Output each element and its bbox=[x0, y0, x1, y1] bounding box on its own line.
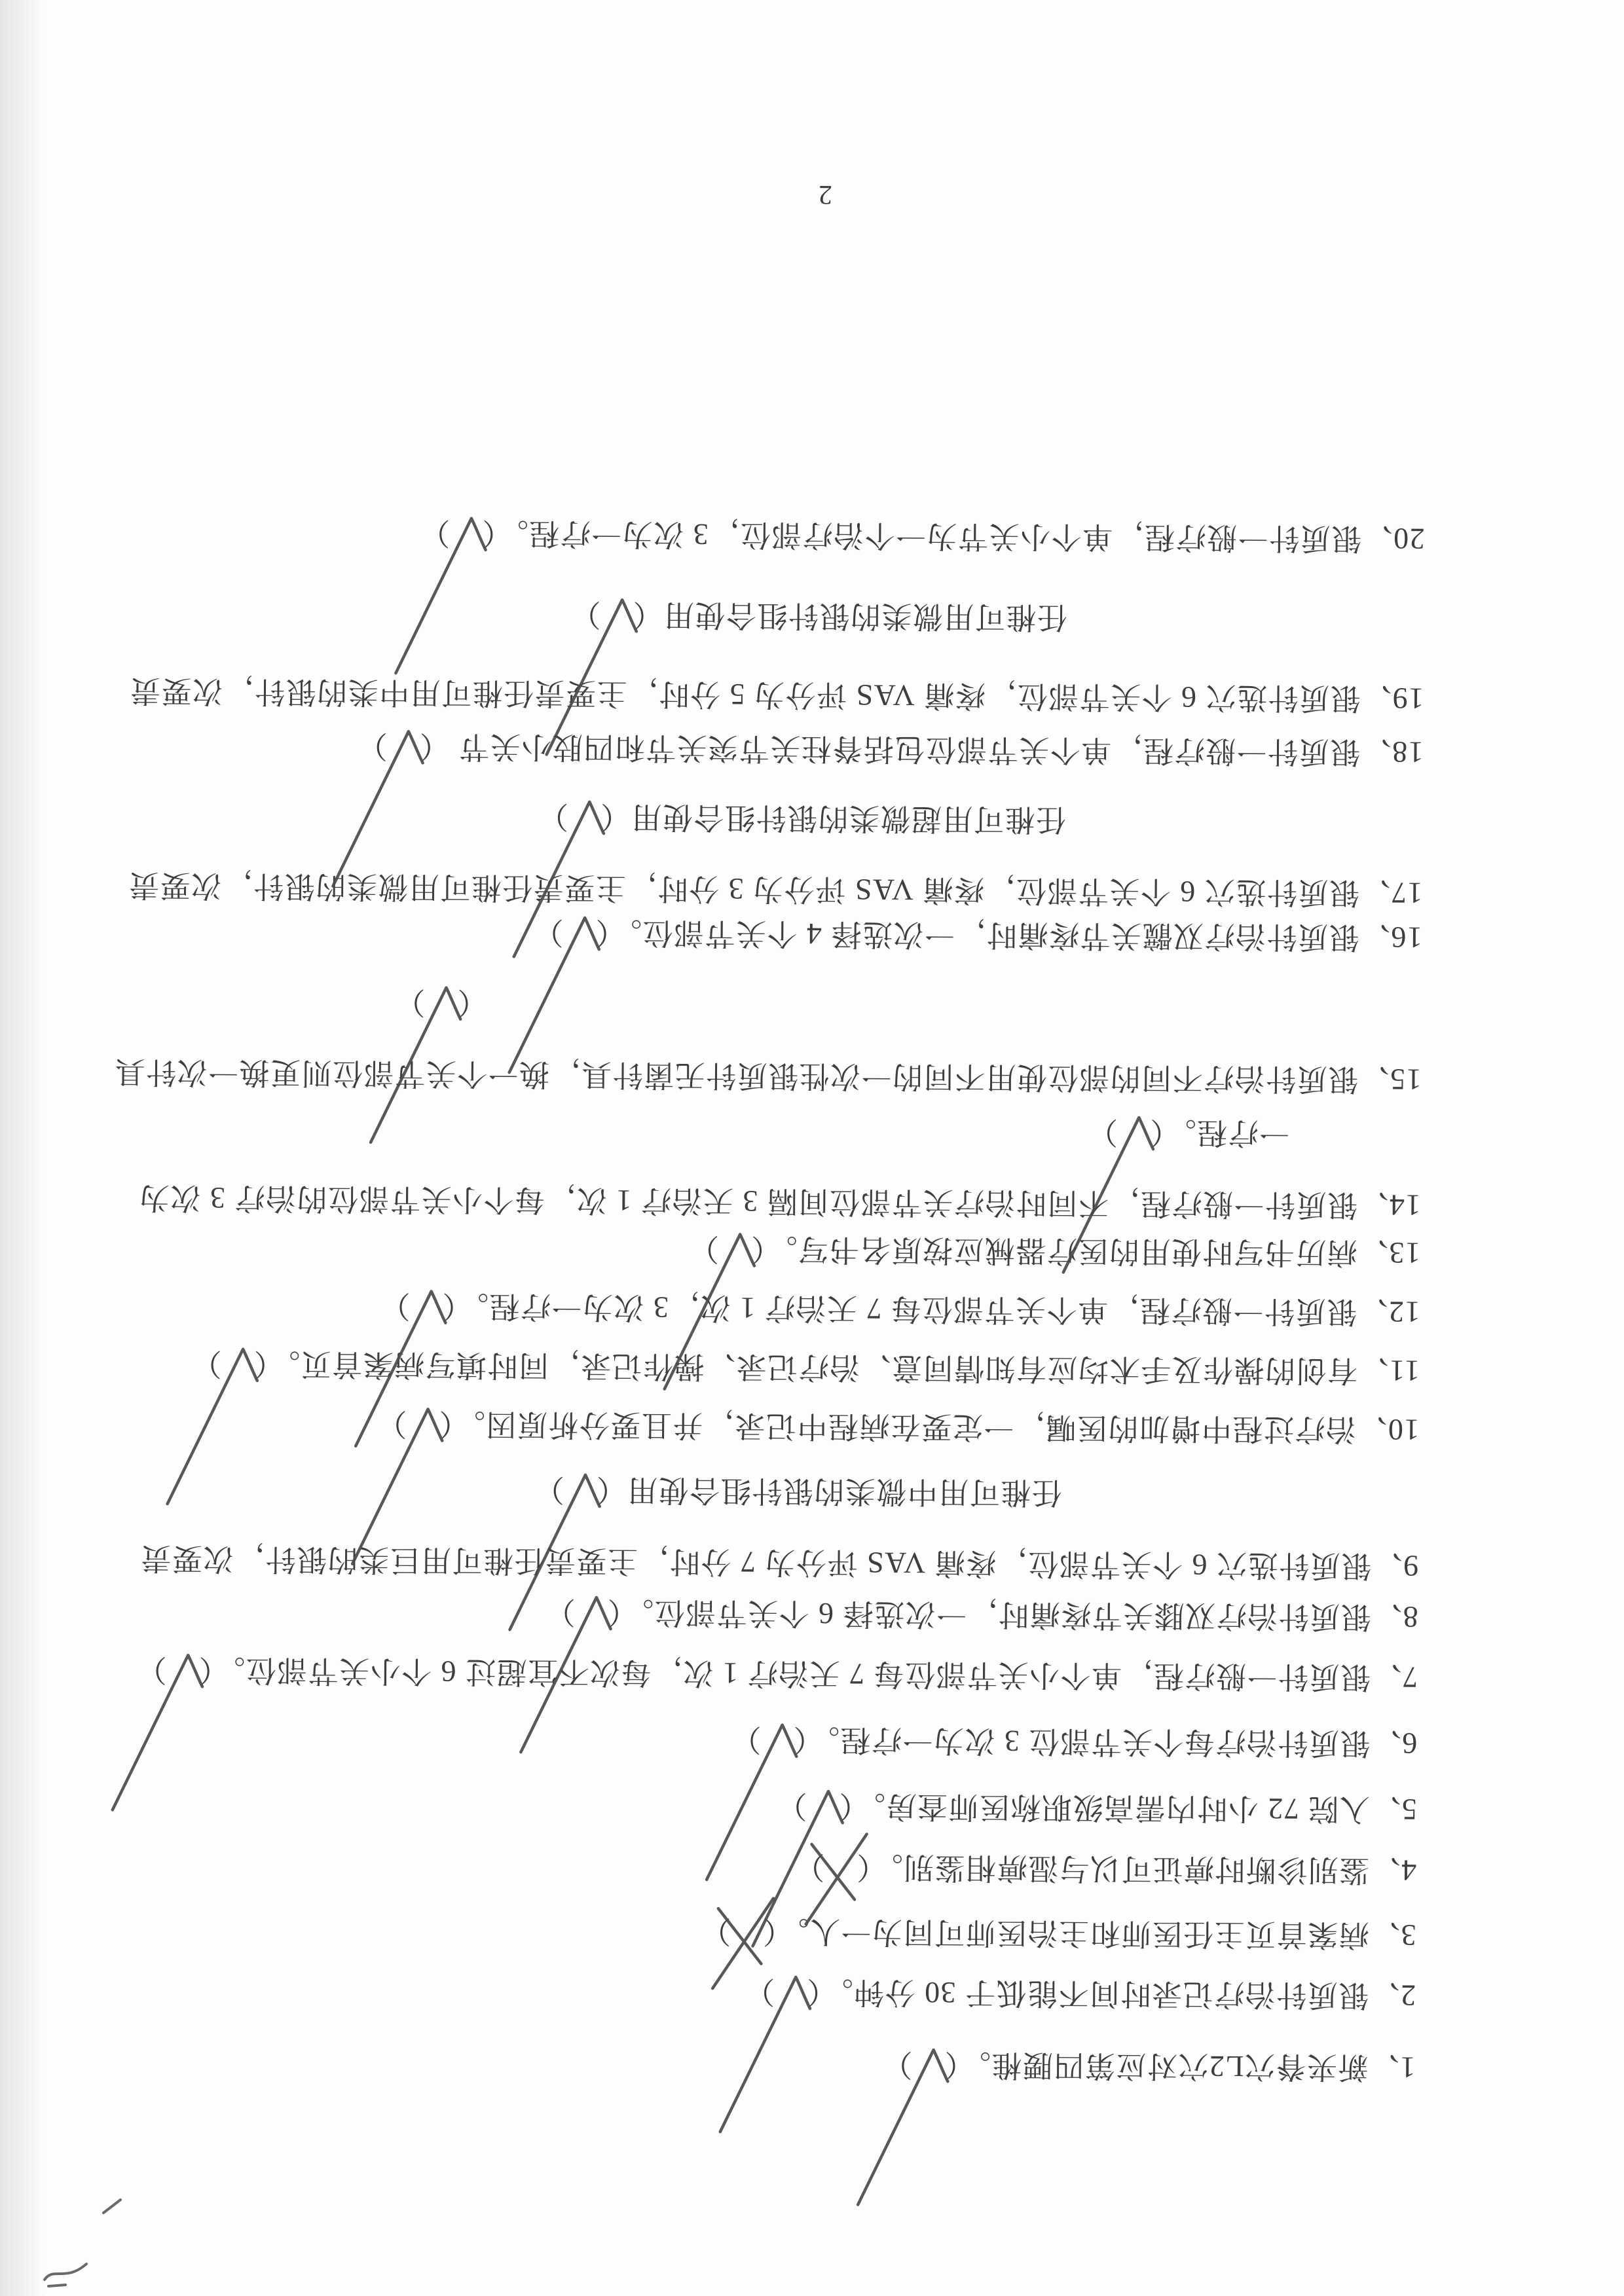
question-text-2: 2、银质针治疗记录时间不能低于 30 分钟。（ ） bbox=[743, 1975, 1416, 2012]
question-line-8: 8、银质针治疗双膝关节疼痛时，一次选择 6 个关节部位。（ ） bbox=[543, 1589, 1418, 1650]
question-line-2: 2、银质针治疗记录时间不能低于 30 分钟。（ ） bbox=[742, 1968, 1416, 2028]
answer-check-mark bbox=[742, 1968, 821, 2024]
question-text-8: 8、银质针治疗双膝关节疼痛时，一次选择 6 个关节部位。（ ） bbox=[544, 1595, 1418, 1634]
question-text-1: 1、新夹脊穴L2穴对应第四腰椎。（ ） bbox=[881, 2048, 1416, 2085]
question-line-1: 1、新夹脊穴L2穴对应第四腰椎。（ ） bbox=[880, 2041, 1416, 2100]
question-line-6: 6、银质针治疗每个关节部位 3 次为一疗程。（ ） bbox=[729, 1716, 1418, 1776]
question-text-18: 18、银质针一般疗程，单个关节部位包括脊柱关节突关节和四肢小关节 （ ） bbox=[356, 729, 1424, 769]
question-line-15-cont: （ ） bbox=[393, 979, 488, 1035]
answer-check-mark bbox=[729, 1716, 808, 1772]
scanned-document-page: 1、新夹脊穴L2穴对应第四腰椎。（ ） 2、银质针治疗记录时间不能低于 30 分… bbox=[0, 0, 1624, 2296]
question-text-17: 17、银质针选穴 6 个关节部位，疼痛 VAS 评分为 3 分时，主要责任椎可用… bbox=[128, 869, 1423, 910]
question-line-17: 17、银质针选穴 6 个关节部位，疼痛 VAS 评分为 3 分时，主要责任椎可用… bbox=[128, 865, 1423, 913]
question-line-14-cont: 一疗程。（ ） bbox=[1085, 1109, 1289, 1166]
page-number: 2 bbox=[819, 179, 832, 210]
answer-check-mark bbox=[775, 1783, 854, 1839]
answer-check-mark bbox=[378, 1283, 457, 1339]
question-text-5: 5、入院 72 小时内需高级职称医师查房。（ ） bbox=[776, 1789, 1417, 1827]
question-line-10: 10、治疗过程中增加的医嘱，一定要在病程中记录，并且要分析原因。（ ） bbox=[375, 1400, 1420, 1463]
question-line-7: 7、银质针一般疗程，单个小关节部位每 7 天治疗 1 次，每次不宜超过 6 个小… bbox=[134, 1647, 1418, 1710]
answer-check-mark bbox=[531, 909, 610, 965]
question-line-11: 11、有创的操作及手术均应有知情同意、治疗记录、操作记录，同时填写病案首页。（ … bbox=[189, 1340, 1420, 1403]
pen-mark-corner bbox=[39, 2252, 98, 2296]
question-line-19: 19、银质针选穴 6 个关节部位，疼痛 VAS 评分为 5 分时，主要责任椎可用… bbox=[129, 670, 1424, 719]
question-line-5: 5、入院 72 小时内需高级职称医师查房。（ ） bbox=[775, 1783, 1418, 1842]
answer-check-mark bbox=[880, 2041, 959, 2098]
answer-check-mark bbox=[532, 1466, 611, 1522]
question-text-4: 4、鉴别诊断时痹证可以与湿痹相鉴别。（ ） bbox=[794, 1850, 1417, 1887]
question-line-13: 13、病历书写时使用的医疗器械应按原名书写。（ ） bbox=[686, 1226, 1420, 1286]
question-text-6: 6、银质针治疗每个关节部位 3 次为一疗程。（ ） bbox=[730, 1722, 1418, 1760]
answer-check-mark bbox=[134, 1647, 213, 1703]
question-text-12: 12、银质针一般疗程，单个关节部位每 7 天治疗 1 次，3 次为一疗程。（ ） bbox=[379, 1289, 1420, 1329]
question-text-13: 13、病历书写时使用的医疗器械应按原名书写。（ ） bbox=[688, 1232, 1420, 1270]
answer-check-mark bbox=[568, 591, 648, 647]
answer-check-mark bbox=[543, 1589, 622, 1645]
question-text-20: 20、银质针一般疗程，单个小关节为一个治疗部位，3 次为一疗程。（ ） bbox=[419, 516, 1425, 555]
answer-check-mark bbox=[417, 509, 496, 566]
question-line-9-cont: 任椎可用中微类的银针组合使用（ ） bbox=[532, 1466, 1062, 1525]
question-text-3: 3、病案首页主任医师和主治医师可同为一人。（ ） bbox=[700, 1914, 1416, 1952]
answer-check-mark bbox=[355, 723, 434, 779]
pen-mark-dot bbox=[98, 2193, 131, 2219]
question-line-3: 3、病案首页主任医师和主治医师可同为一人。（ ） bbox=[698, 1908, 1416, 1968]
answer-cross-mark bbox=[792, 1844, 871, 1900]
question-line-9: 9、银质针选穴 6 个关节部位，疼痛 VAS 评分为 7 分时，主要责任椎可用巨… bbox=[140, 1538, 1418, 1586]
question-line-16: 16、银质针治疗双髋关节疼痛时，一次选择 4 个关节部位。（ ） bbox=[531, 909, 1422, 970]
page-sheet: 1、新夹脊穴L2穴对应第四腰椎。（ ） 2、银质针治疗记录时间不能低于 30 分… bbox=[0, 0, 1624, 2296]
answer-check-mark bbox=[375, 1400, 454, 1457]
question-line-12: 12、银质针一般疗程，单个关节部位每 7 天治疗 1 次，3 次为一疗程。（ ） bbox=[378, 1283, 1420, 1345]
question-text-14: 14、银质针一般疗程，不同时治疗关节部位间隔 3 天治疗 1 次，每个小关节部位… bbox=[138, 1181, 1420, 1222]
question-line-20: 20、银质针一般疗程，单个小关节为一个治疗部位，3 次为一疗程。（ ） bbox=[417, 509, 1424, 571]
question-text-19: 19、银质针选穴 6 个关节部位，疼痛 VAS 评分为 5 分时，主要责任椎可用… bbox=[129, 674, 1424, 716]
question-text-9-cont: 任椎可用中微类的银针组合使用（ ） bbox=[533, 1472, 1062, 1509]
question-text-9: 9、银质针选穴 6 个关节部位，疼痛 VAS 评分为 7 分时，主要责任椎可用巨… bbox=[140, 1542, 1418, 1583]
question-line-18: 18、银质针一般疗程，单个关节部位包括脊柱关节突关节和四肢小关节 （ ） bbox=[355, 723, 1424, 785]
answer-check-mark bbox=[1085, 1109, 1164, 1165]
answer-cross-mark bbox=[698, 1908, 777, 1964]
question-line-19-cont: 任椎可用微类的银针组合使用（ ） bbox=[568, 591, 1068, 650]
question-text-15: 15、银质针治疗不同的部位使用不同的一次性银质针无菌针具，换一个关节部位则更换一… bbox=[114, 1055, 1422, 1096]
answer-check-mark bbox=[536, 793, 615, 849]
question-text-7: 7、银质针一般疗程，单个小关节部位每 7 天治疗 1 次，每次不宜超过 6 个小… bbox=[136, 1653, 1418, 1694]
answer-check-mark bbox=[393, 979, 472, 1035]
question-line-14: 14、银质针一般疗程，不同时治疗关节部位间隔 3 天治疗 1 次，每个小关节部位… bbox=[138, 1177, 1420, 1226]
question-text-16: 16、银质针治疗双髋关节疼痛时，一次选择 4 个关节部位。（ ） bbox=[532, 915, 1422, 954]
question-line-15: 15、银质针治疗不同的部位使用不同的一次性银质针无菌针具，换一个关节部位则更换一… bbox=[114, 1051, 1422, 1099]
question-line-17-cont: 任椎可用超微类的银针组合使用（ ） bbox=[536, 793, 1066, 852]
question-line-4: 4、鉴别诊断时痹证可以与湿痹相鉴别。（ ） bbox=[792, 1844, 1416, 1903]
answer-check-mark bbox=[686, 1226, 766, 1282]
question-text-11: 11、有创的操作及手术均应有知情同意、治疗记录、操作记录，同时填写病案首页。（ … bbox=[191, 1347, 1420, 1387]
question-text-17-cont: 任椎可用超微类的银针组合使用（ ） bbox=[537, 799, 1066, 836]
answer-check-mark bbox=[189, 1340, 268, 1396]
question-text-10: 10、治疗过程中增加的医嘱，一定要在病程中记录，并且要分析原因。（ ） bbox=[376, 1407, 1420, 1447]
